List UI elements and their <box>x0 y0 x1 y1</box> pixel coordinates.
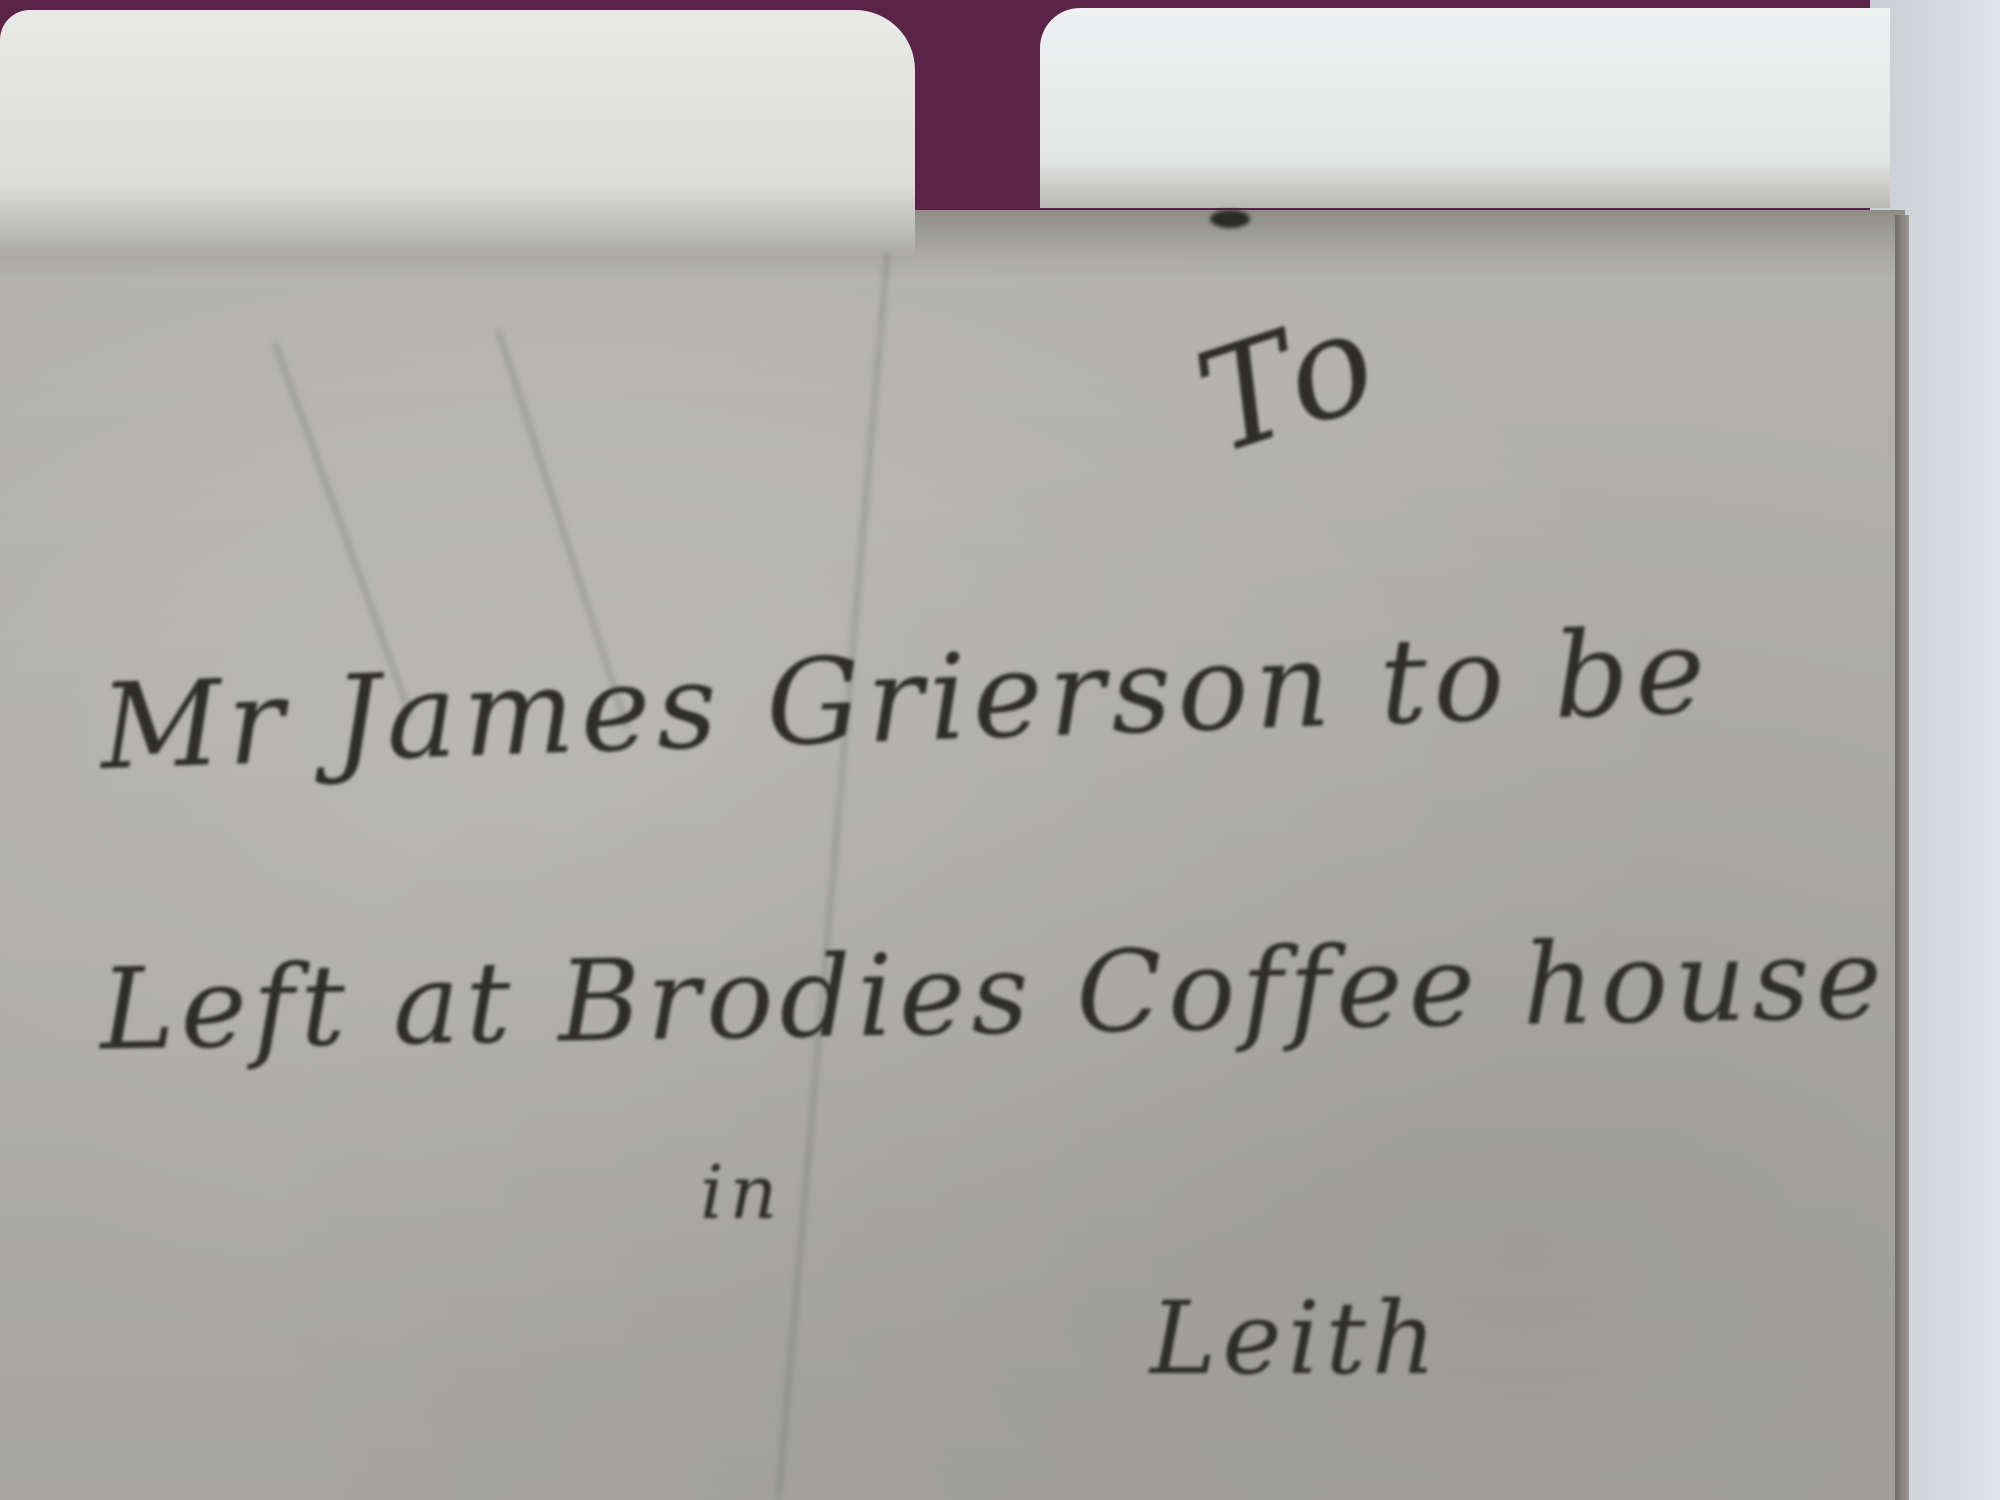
address-line-town: Leith <box>1150 1280 1442 1397</box>
folded-flap-right <box>1040 8 1890 208</box>
paper-edge <box>1895 215 1909 1500</box>
letter-cover: To Mr James Grierson to be Left at Brodi… <box>0 0 1905 1500</box>
address-line-in: in <box>700 1150 783 1236</box>
ink-blot <box>1210 210 1250 228</box>
paper-address-panel <box>0 230 1905 1500</box>
folded-flap-left <box>0 10 915 260</box>
